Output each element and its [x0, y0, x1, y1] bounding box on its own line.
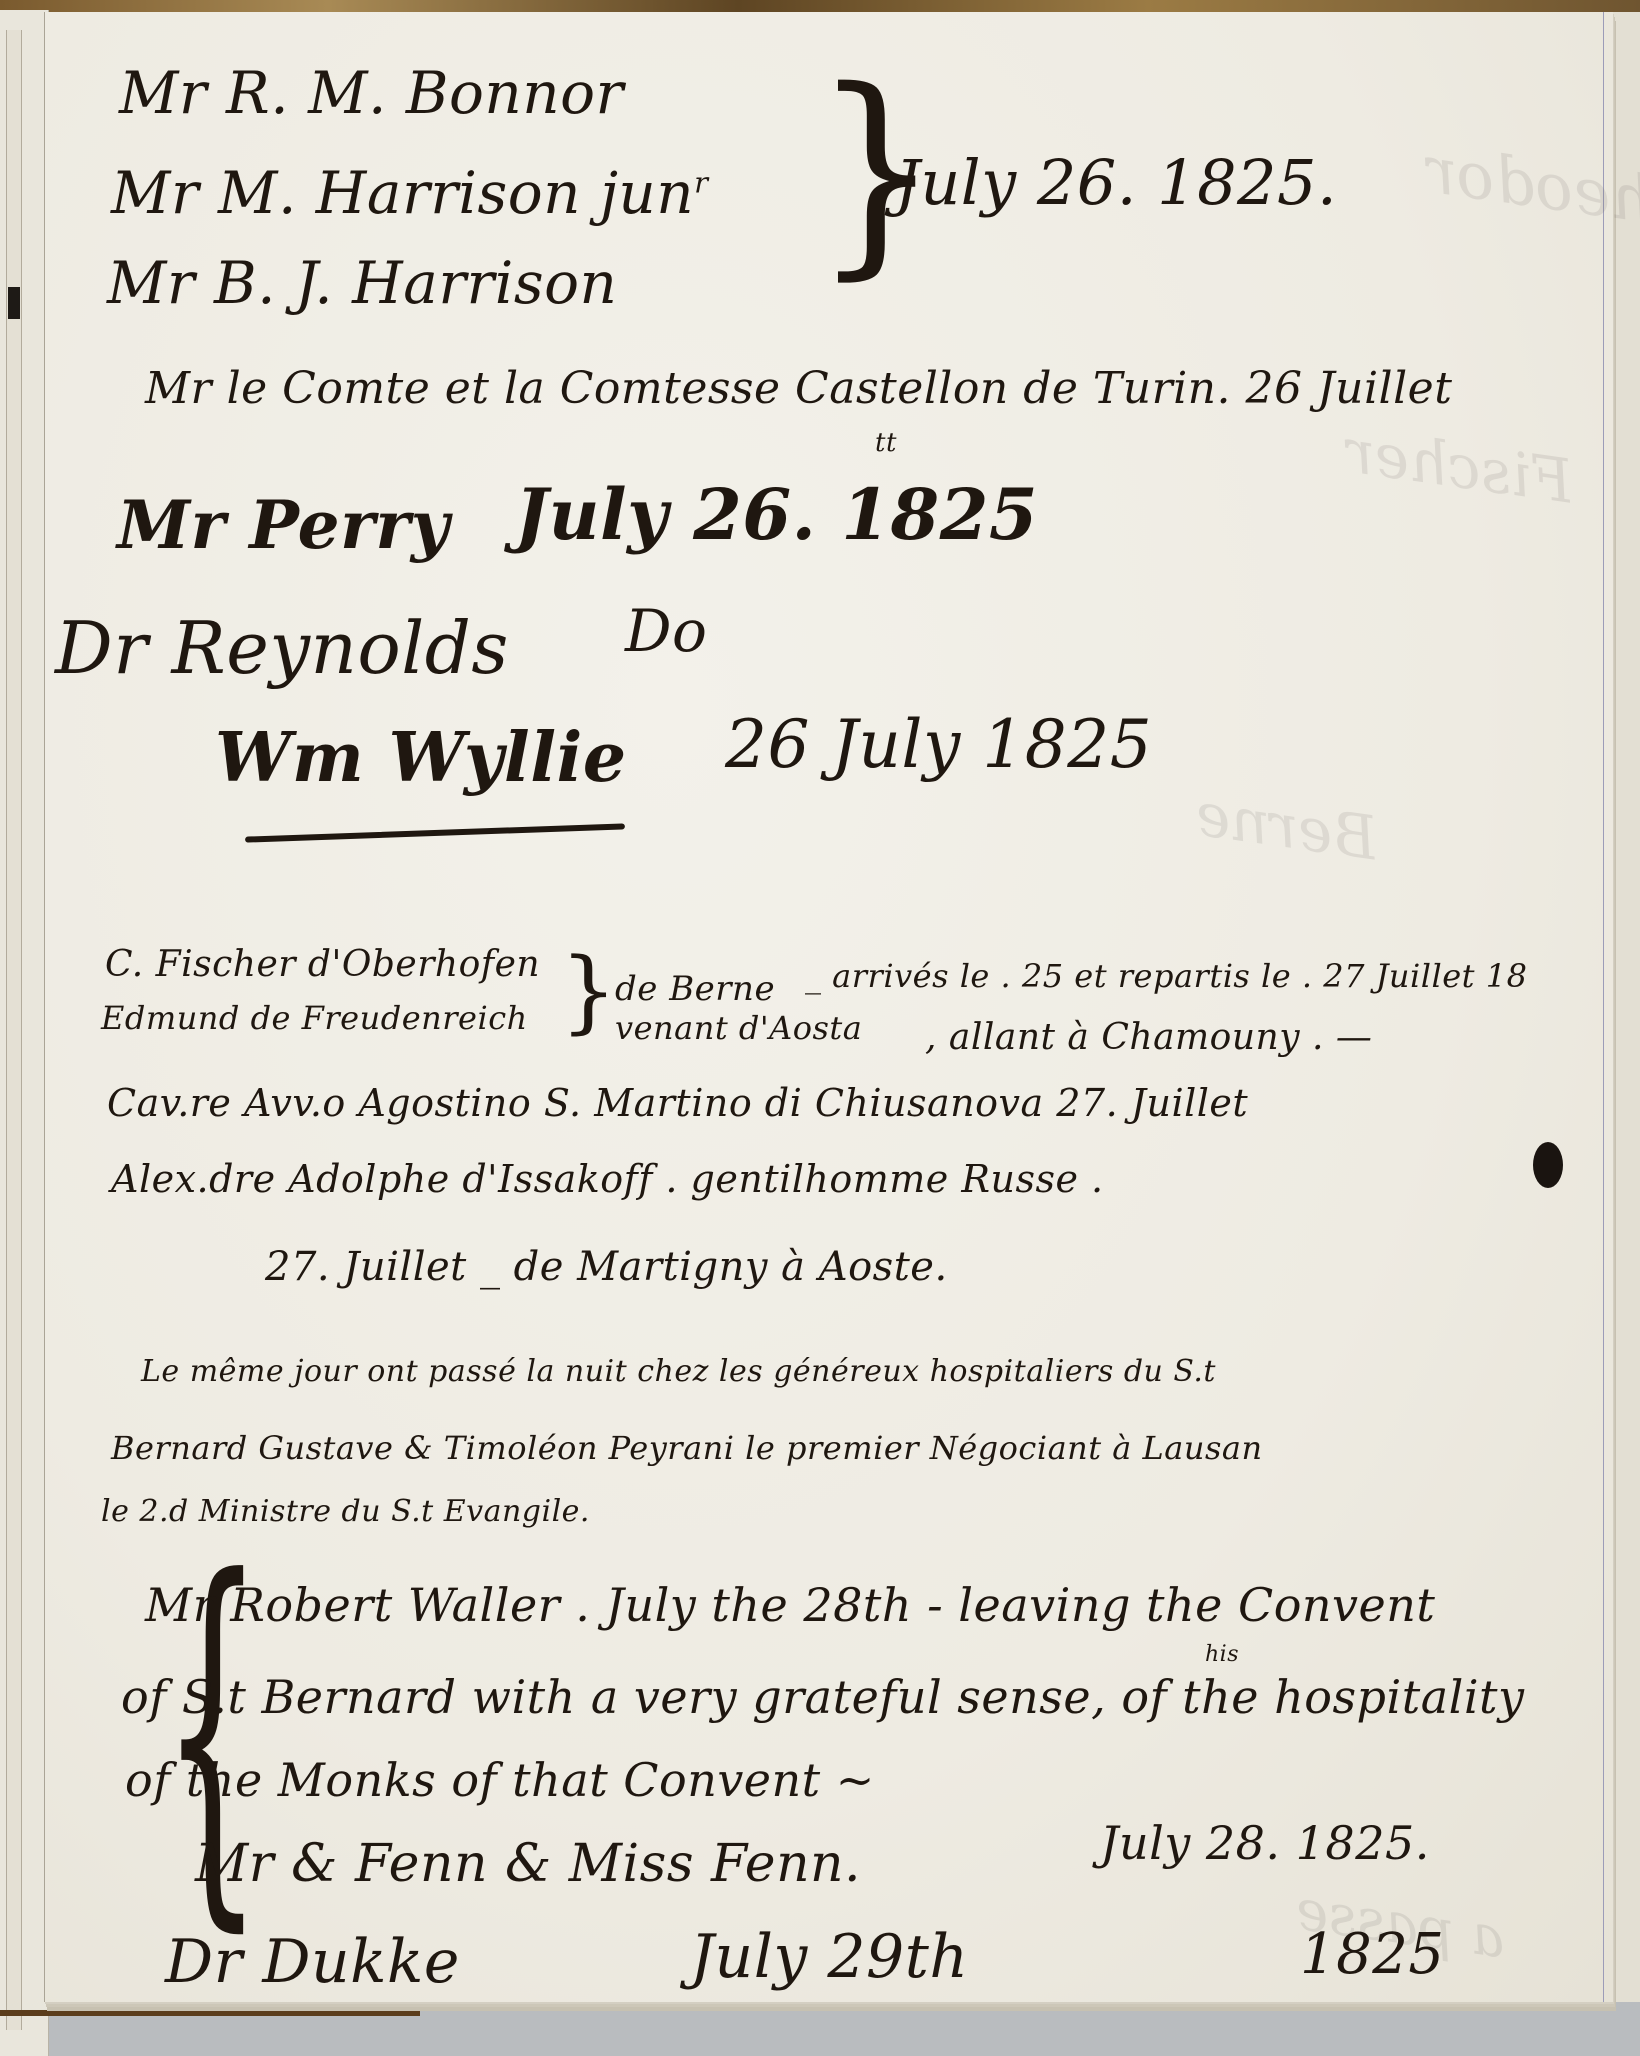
entry-insert: his	[1205, 1644, 1239, 1666]
entry-name: Mr B. J. Harrison	[107, 254, 617, 312]
cover-strip	[0, 2010, 420, 2016]
entry-name: Dr Dukke	[165, 1932, 460, 1992]
entry-text: Mr Robert Waller . July the 28th - leavi…	[145, 1582, 1435, 1628]
entry-text: Mr le Comte et la Comtesse Castellon de …	[145, 367, 1452, 411]
entry-text: Cav.re Avv.o Agostino S. Martino di Chiu…	[107, 1084, 1248, 1122]
entry-ditto: Do	[625, 602, 707, 660]
bleed-through-text: Berne	[1191, 780, 1381, 875]
binding-groove	[6, 30, 22, 2030]
entry-text: Bernard Gustave & Timoléon Peyrani le pr…	[111, 1432, 1263, 1464]
bleed-through-text: Theodor	[1421, 134, 1640, 245]
entry-date: July 26. 1825.	[895, 152, 1337, 214]
entry-name: Dr Reynolds	[55, 612, 509, 684]
entry-name: Mr R. M. Bonnor	[119, 64, 624, 122]
book-binding	[0, 10, 49, 2056]
margin-rule	[1603, 12, 1604, 2002]
entry-text: _ arrivés le . 25 et repartis le . 27 Ju…	[805, 960, 1527, 992]
entry-date: 26 July 1825	[725, 712, 1152, 778]
entry-name: C. Fischer d'Oberhofen	[105, 947, 540, 983]
entry-mark: tt	[875, 430, 897, 456]
entry-name: Mr M. Harrison junr	[111, 164, 709, 222]
ink-blot	[1533, 1142, 1563, 1188]
entry-date: July 28. 1825.	[1100, 1820, 1430, 1866]
signature-flourish	[245, 823, 625, 842]
entry-text: of S.t Bernard with a very grateful sens…	[121, 1674, 1525, 1720]
entry-date: July 26. 1825	[515, 480, 1038, 550]
entry-year: 1825	[1300, 1927, 1445, 1983]
entry-name: Wm Wyllie	[215, 724, 627, 792]
entry-date: July 29th	[690, 1927, 968, 1987]
entry-text: of the Monks of that Convent ~	[125, 1757, 875, 1803]
entry-name: Edmund de Freudenreich	[101, 1002, 528, 1034]
book-fore-edge	[1612, 12, 1640, 2002]
entry-text: Le même jour ont passé la nuit chez les …	[141, 1357, 1216, 1387]
entry-from: venant d'Aosta	[615, 1012, 862, 1044]
manuscript-page: Theodor Fischer Berne a passe Mr R. M. B…	[44, 12, 1613, 2002]
bleed-through-text: Fischer	[1341, 416, 1577, 517]
entry-origin: de Berne	[615, 972, 775, 1006]
entry-text: , allant à Chamouny . —	[925, 1020, 1372, 1056]
entry-name: Mr & Fenn & Miss Fenn.	[195, 1838, 861, 1890]
grouping-brace: }	[560, 947, 617, 1037]
entry-name: Mr Perry	[117, 492, 450, 558]
entry-text: Alex.dre Adolphe d'Issakoff . gentilhomm…	[111, 1160, 1104, 1198]
binding-tab	[8, 287, 20, 319]
entry-text: 27. Juillet _ de Martigny à Aoste.	[265, 1247, 948, 1287]
